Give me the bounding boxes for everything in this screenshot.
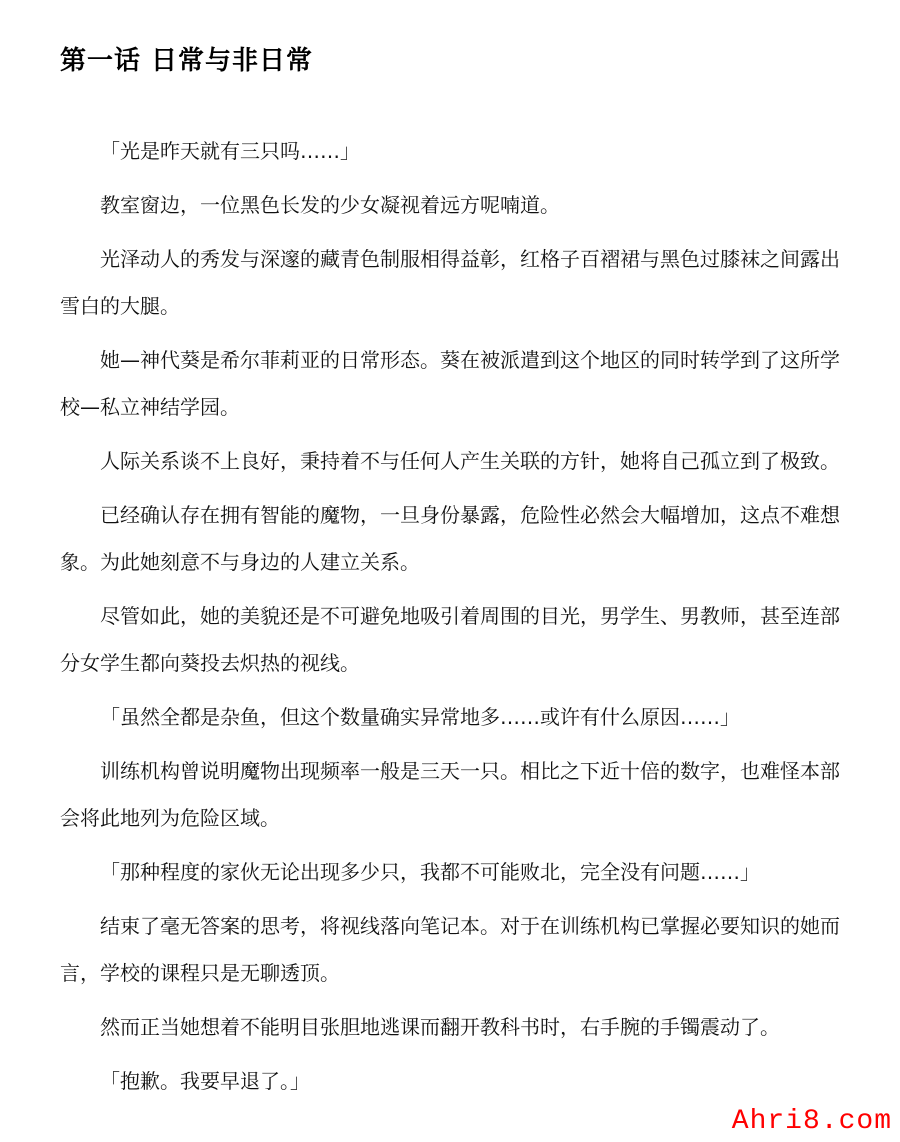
- paragraph: 人际关系谈不上良好，秉持着不与任何人产生关联的方针，她将自己孤立到了极致。: [60, 438, 840, 485]
- paragraph: 尽管如此，她的美貌还是不可避免地吸引着周围的目光，男学生、男教师，甚至连部分女学…: [60, 593, 840, 687]
- paragraph: 「虽然全都是杂鱼，但这个数量确实异常地多……或许有什么原因……」: [60, 694, 840, 741]
- paragraph: 光泽动人的秀发与深邃的藏青色制服相得益彰，红格子百褶裙与黑色过膝袜之间露出雪白的…: [60, 236, 840, 330]
- chapter-title: 第一话 日常与非日常: [60, 46, 840, 76]
- novel-page: 第一话 日常与非日常 「光是昨天就有三只吗……」 教室窗边，一位黑色长发的少女凝…: [0, 0, 900, 1142]
- page-content-area: 第一话 日常与非日常 「光是昨天就有三只吗……」 教室窗边，一位黑色长发的少女凝…: [0, 0, 900, 1105]
- paragraph: 已经确认存在拥有智能的魔物，一旦身份暴露，危险性必然会大幅增加，这点不难想象。为…: [60, 492, 840, 586]
- chapter-body: 「光是昨天就有三只吗……」 教室窗边，一位黑色长发的少女凝视着远方呢喃道。 光泽…: [60, 128, 840, 1105]
- paragraph: 结束了毫无答案的思考，将视线落向笔记本。对于在训练机构已掌握必要知识的她而言，学…: [60, 903, 840, 997]
- paragraph: 训练机构曾说明魔物出现频率一般是三天一只。相比之下近十倍的数字，也难怪本部会将此…: [60, 748, 840, 842]
- watermark: Ahri8.com: [732, 1106, 892, 1137]
- paragraph: 然而正当她想着不能明目张胆地逃课而翻开教科书时，右手腕的手镯震动了。: [60, 1004, 840, 1051]
- paragraph: 她—神代葵是希尔菲莉亚的日常形态。葵在被派遣到这个地区的同时转学到了这所学校—私…: [60, 337, 840, 431]
- paragraph: 教室窗边，一位黑色长发的少女凝视着远方呢喃道。: [60, 182, 840, 229]
- paragraph: 「光是昨天就有三只吗……」: [60, 128, 840, 175]
- paragraph: 「那种程度的家伙无论出现多少只，我都不可能败北，完全没有问题……」: [60, 849, 840, 896]
- paragraph: 「抱歉。我要早退了。」: [60, 1058, 840, 1105]
